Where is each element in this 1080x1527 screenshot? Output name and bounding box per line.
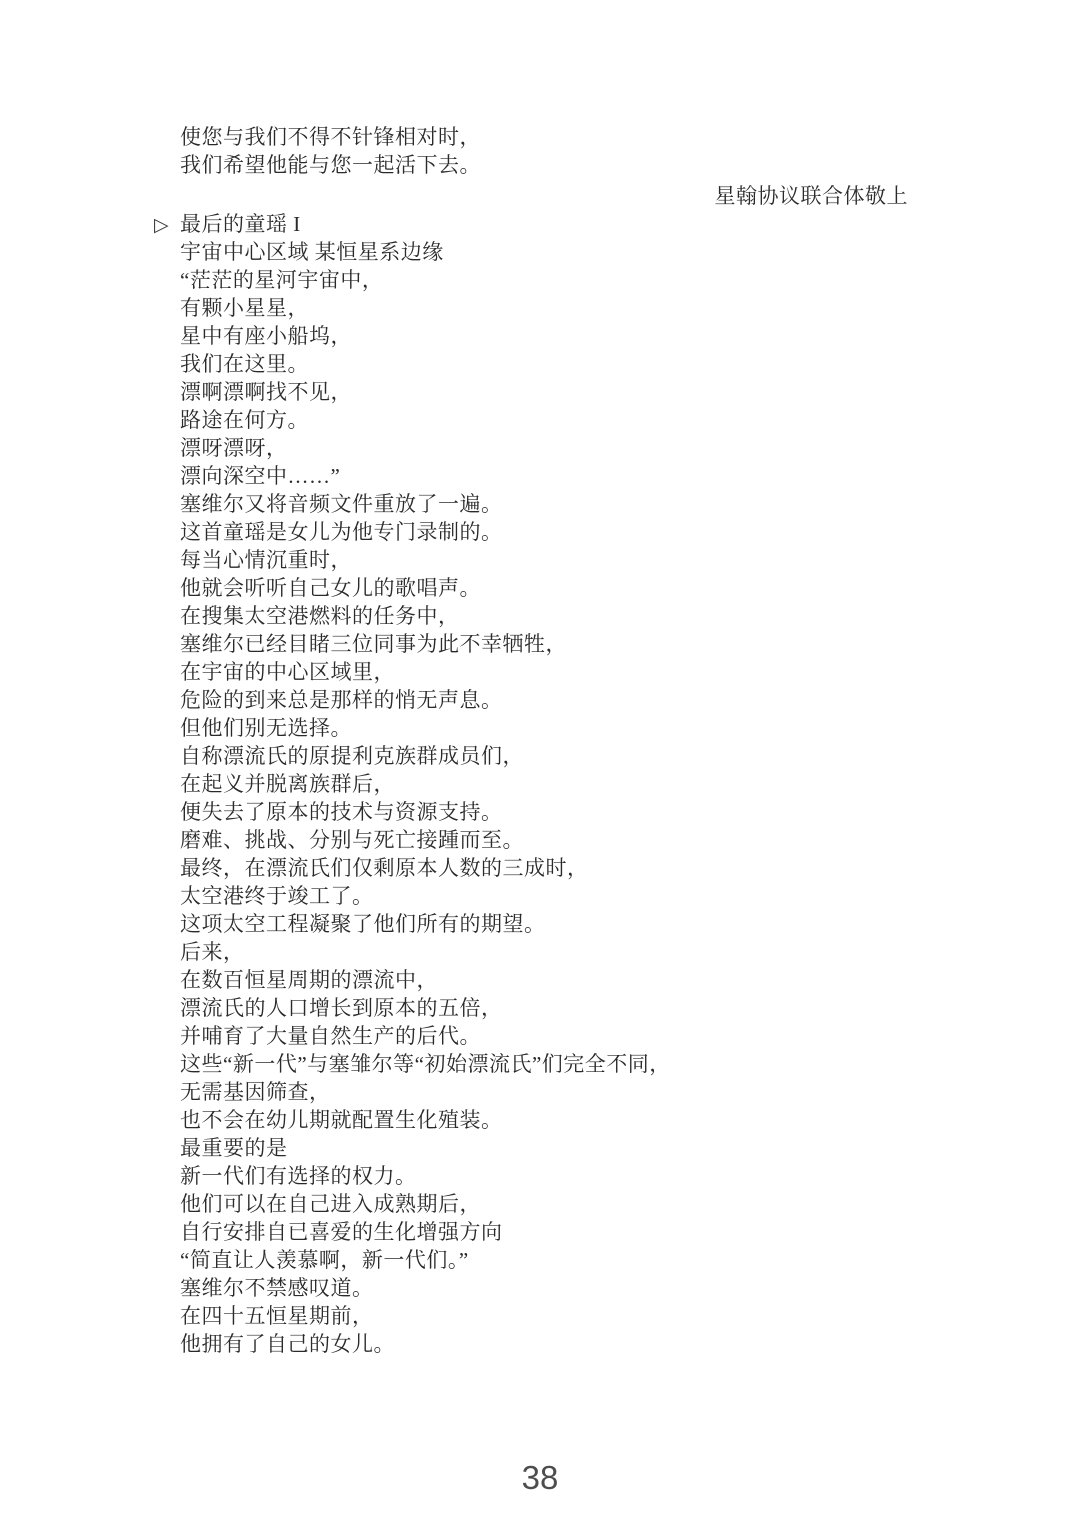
letter-body: 使您与我们不得不针锋相对时，我们希望他能与您一起活下去。 bbox=[180, 123, 908, 179]
text-line: 新一代们有选择的权力。 bbox=[180, 1162, 908, 1190]
text-line: 我们在这里。 bbox=[180, 350, 908, 378]
text-line: 危险的到来总是那样的悄无声息。 bbox=[180, 686, 908, 714]
text-line: 这些“新一代”与塞雏尔等“初始漂流氏”们完全不同， bbox=[180, 1050, 908, 1078]
text-line: 路途在何方。 bbox=[180, 406, 908, 434]
text-line: 并哺育了大量自然生产的后代。 bbox=[180, 1022, 908, 1050]
text-line: 漂啊漂啊找不见， bbox=[180, 378, 908, 406]
text-line: 便失去了原本的技术与资源支持。 bbox=[180, 798, 908, 826]
text-line: “简直让人羡慕啊，新一代们。” bbox=[180, 1246, 908, 1274]
text-line: 星中有座小船坞， bbox=[180, 322, 908, 350]
section-title-text: 最后的童瑶 I bbox=[180, 212, 301, 236]
text-line: 后来， bbox=[180, 938, 908, 966]
text-line: 他拥有了自己的女儿。 bbox=[180, 1330, 908, 1358]
text-line: 漂流氏的人口增长到原本的五倍， bbox=[180, 994, 908, 1022]
text-line: 他就会听听自己女儿的歌唱声。 bbox=[180, 574, 908, 602]
text-line: 也不会在幼儿期就配置生化殖装。 bbox=[180, 1106, 908, 1134]
text-line: 在起义并脱离族群后， bbox=[180, 770, 908, 798]
text-line: 宇宙中心区域 某恒星系边缘 bbox=[180, 238, 908, 266]
text-line: 太空港终于竣工了。 bbox=[180, 882, 908, 910]
text-line: 漂呀漂呀， bbox=[180, 434, 908, 462]
text-line: 每当心情沉重时， bbox=[180, 546, 908, 574]
text-line: 使您与我们不得不针锋相对时， bbox=[180, 123, 908, 151]
text-line: 在搜集太空港燃料的任务中， bbox=[180, 602, 908, 630]
text-line: 漂向深空中……” bbox=[180, 462, 908, 490]
text-line: 这项太空工程凝聚了他们所有的期望。 bbox=[180, 910, 908, 938]
text-line: 磨难、挑战、分别与死亡接踵而至。 bbox=[180, 826, 908, 854]
text-line: 无需基因筛查， bbox=[180, 1078, 908, 1106]
text-line: 最重要的是 bbox=[180, 1134, 908, 1162]
text-line: 这首童瑶是女儿为他专门录制的。 bbox=[180, 518, 908, 546]
text-line: 在宇宙的中心区域里， bbox=[180, 658, 908, 686]
text-line: 自行安排自已喜爱的生化增强方向 bbox=[180, 1218, 908, 1246]
text-line: 塞维尔又将音频文件重放了一遍。 bbox=[180, 490, 908, 518]
story-body: 宇宙中心区域 某恒星系边缘“茫茫的星河宇宙中，有颗小星星，星中有座小船坞，我们在… bbox=[180, 238, 908, 1358]
section-title: ▷最后的童瑶 I bbox=[154, 210, 908, 238]
text-line: 塞维尔已经目睹三位同事为此不幸牺牲， bbox=[180, 630, 908, 658]
text-line: 有颗小星星， bbox=[180, 294, 908, 322]
text-line: 塞维尔不禁感叹道。 bbox=[180, 1274, 908, 1302]
text-line: 但他们别无选择。 bbox=[180, 714, 908, 742]
text-line: 自称漂流氏的原提利克族群成员们， bbox=[180, 742, 908, 770]
page-number: 38 bbox=[0, 1459, 1080, 1497]
text-line: 在四十五恒星期前， bbox=[180, 1302, 908, 1330]
text-content: 使您与我们不得不针锋相对时，我们希望他能与您一起活下去。 星翰协议联合体敬上 ▷… bbox=[180, 123, 908, 1358]
text-line: 在数百恒星周期的漂流中， bbox=[180, 966, 908, 994]
text-line: 最终，在漂流氏们仅剩原本人数的三成时， bbox=[180, 854, 908, 882]
letter-signature: 星翰协议联合体敬上 bbox=[180, 182, 908, 210]
triangle-marker-icon: ▷ bbox=[154, 211, 180, 239]
document-page: 使您与我们不得不针锋相对时，我们希望他能与您一起活下去。 星翰协议联合体敬上 ▷… bbox=[0, 0, 1080, 1527]
text-line: 我们希望他能与您一起活下去。 bbox=[180, 151, 908, 179]
text-line: 他们可以在自己进入成熟期后， bbox=[180, 1190, 908, 1218]
text-line: “茫茫的星河宇宙中， bbox=[180, 266, 908, 294]
